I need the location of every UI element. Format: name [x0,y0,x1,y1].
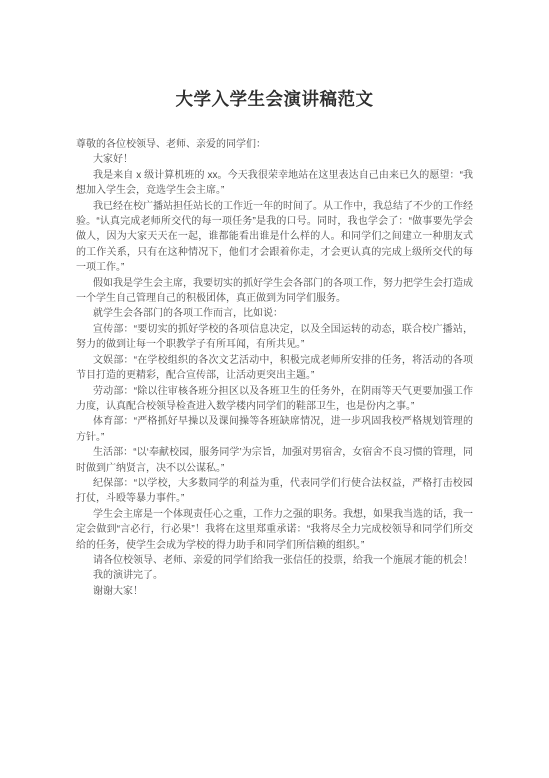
paragraph: 文娱部：“在学校组织的各次文艺活动中，积极完成老师所安排的任务，将活动的各项节目… [76,353,473,384]
paragraph: 宣传部：“要切实的抓好学校的各项信息决定，以及全国运转的动态，联合校广播站，努力… [76,322,473,353]
paragraph: 大家好！ [76,152,473,167]
paragraph: 假如我是学生会主席，我要切实的抓好学生会各部门的各项工作，努力把学生会打造成一个… [76,276,473,307]
paragraph: 请各位校领导、老师、亲爱的同学们给我一张信任的投票，给我一个施展才能的机会！ [76,553,473,568]
paragraph: 生活部：“以‘奉献校园，服务同学’为宗旨，加强对男宿舍，女宿舍不良习惯的管理，同… [76,445,473,476]
document-body: 尊敬的各位校领导、老师、亲爱的同学们：大家好！我是来自 x 级计算机班的 xx。… [76,137,473,599]
paragraph: 谢谢大家！ [76,584,473,599]
paragraph: 劳动部：“除以往审核各班分担区以及各班卫生的任务外，在阴雨等天气更要加强工作力度… [76,384,473,415]
document-page: 大学入学生会演讲稿范文 尊敬的各位校领导、老师、亲爱的同学们：大家好！我是来自 … [0,0,549,778]
paragraph: 纪保部：“以学校，大多数同学的利益为重，代表同学们行使合法权益，严格打击校园打仗… [76,476,473,507]
paragraph: 我已经在校广播站担任站长的工作近一年的时间了。从工作中，我总结了不少的工作经验。… [76,199,473,276]
paragraph: 体育部：“严格抓好早操以及课间操等各班缺席情况，进一步巩固我校严格规划管理的方针… [76,414,473,445]
paragraph: 我的演讲完了。 [76,568,473,583]
paragraph: 我是来自 x 级计算机班的 xx。今天我很荣幸地站在这里表达自己由来已久的愿望：… [76,168,473,199]
paragraph: 学生会主席是一个体现责任心之重，工作力之强的职务。我想，如果我当选的话，我一定会… [76,507,473,553]
paragraph: 就学生会各部门的各项工作而言，比如说： [76,306,473,321]
document-title: 大学入学生会演讲稿范文 [0,89,549,109]
paragraph: 尊敬的各位校领导、老师、亲爱的同学们： [76,137,473,152]
